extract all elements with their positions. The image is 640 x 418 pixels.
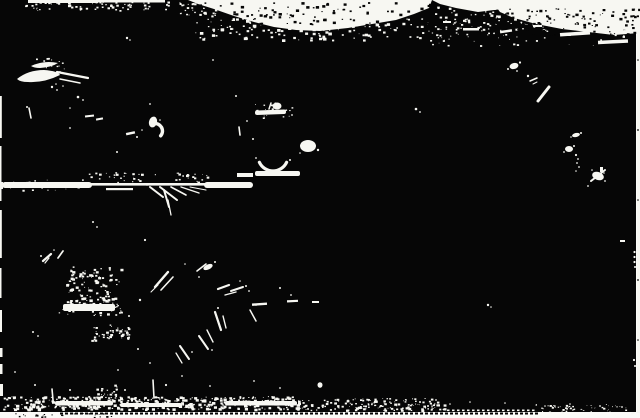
- photo-canvas: [0, 0, 636, 412]
- scanned-photo-page: [0, 0, 640, 418]
